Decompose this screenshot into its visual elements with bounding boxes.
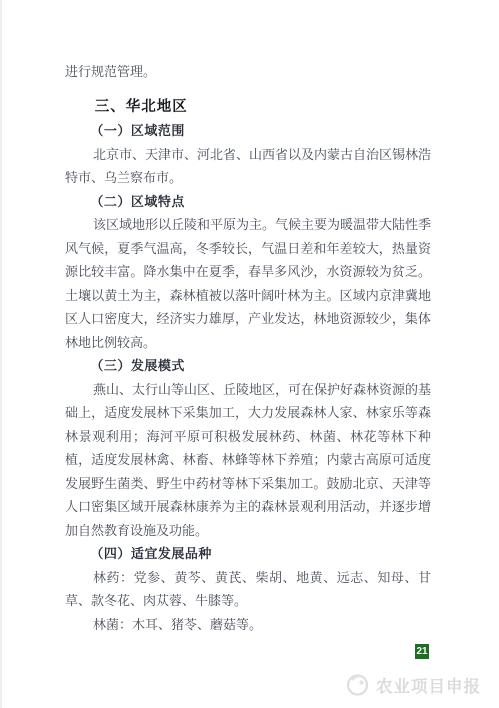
section-2-paragraph: 该区域地形以丘陵和平原为主。气候主要为暖温带大陆性季风气候，夏季气温高，冬季较长… xyxy=(65,213,431,354)
watermark-label: 农业项目申报 xyxy=(376,673,481,697)
page-number-badge: 21 xyxy=(415,644,429,659)
globe-sprout-logo-icon xyxy=(345,672,370,697)
document-body: 进行规范管理。 三、华北地区 （一）区域范围 北京市、天津市、河北省、山西省以及… xyxy=(65,0,431,636)
section-3-heading: （三）发展模式 xyxy=(65,354,431,378)
watermark: 农业项目申报 xyxy=(345,672,481,697)
document-page: 进行规范管理。 三、华北地区 （一）区域范围 北京市、天津市、河北省、山西省以及… xyxy=(0,0,499,708)
section-3-paragraph: 燕山、太行山等山区、丘陵地区，可在保护好森林资源的基础上，适度发展林下采集加工，… xyxy=(65,378,431,543)
section-4-paragraph-medicine: 林药：党参、黄芩、黄芪、柴胡、地黄、远志、知母、甘草、款冬花、肉苁蓉、牛膝等。 xyxy=(65,566,431,613)
continuation-paragraph: 进行规范管理。 xyxy=(65,60,431,84)
section-4-paragraph-fungi: 林菌：木耳、猪苓、蘑菇等。 xyxy=(65,613,431,637)
section-1-paragraph: 北京市、天津市、河北省、山西省以及内蒙古自治区锡林浩特市、乌兰察布市。 xyxy=(65,143,431,190)
section-4-heading: （四）适宜发展品种 xyxy=(65,542,431,566)
chapter-title: 三、华北地区 xyxy=(65,96,431,120)
section-1-heading: （一）区域范围 xyxy=(65,119,431,143)
section-2-heading: （二）区域特点 xyxy=(65,190,431,214)
